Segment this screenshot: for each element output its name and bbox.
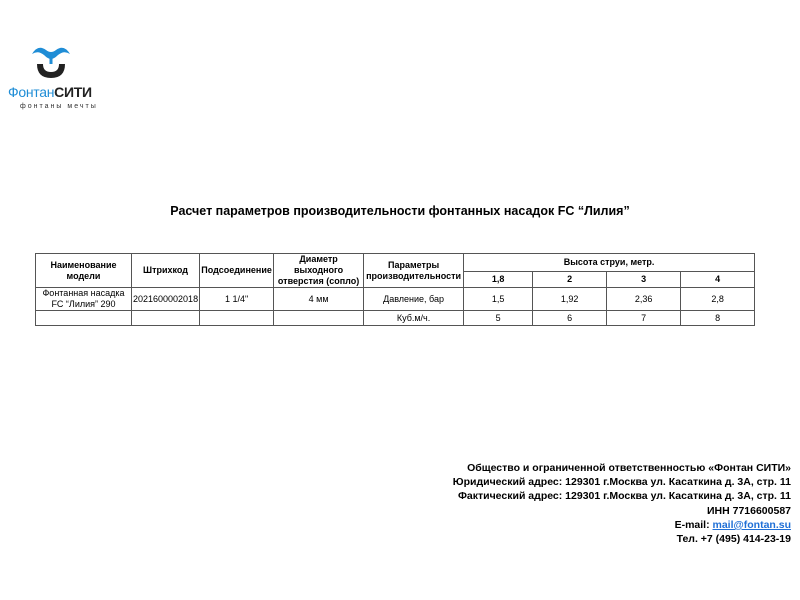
cell-parameter: Куб.м/ч. — [364, 311, 464, 326]
cell-nozzle-diameter — [274, 311, 364, 326]
cell-value: 7 — [607, 311, 681, 326]
cell-value: 8 — [681, 311, 755, 326]
cell-barcode: 2021600002018 — [132, 288, 200, 311]
logo-tagline: фонтаны мечты — [20, 103, 98, 110]
email-line: E-mail: mail@fontan.su — [453, 518, 791, 532]
table-row: Куб.м/ч. 5 6 7 8 — [36, 311, 755, 326]
company-logo: ФонтанСИТИ фонтаны мечты — [0, 30, 125, 120]
cell-value: 6 — [533, 311, 607, 326]
inn: ИНН 7716600587 — [453, 504, 791, 518]
cell-value: 5 — [464, 311, 533, 326]
cell-value: 2,36 — [607, 288, 681, 311]
legal-address: Юридический адрес: 129301 г.Москва ул. К… — [453, 475, 791, 489]
header-model: Наименование модели — [36, 254, 132, 288]
cell-connection — [200, 311, 274, 326]
cell-model: Фонтанная насадка FC “Лилия” 290 — [36, 288, 132, 311]
logo-wordmark: ФонтанСИТИ — [8, 84, 92, 100]
header-nozzle-diameter: Диаметр выходного отверстия (сопло) — [274, 254, 364, 288]
email-label: E-mail: — [675, 519, 713, 531]
logo-brand-part2: СИТИ — [54, 84, 92, 100]
company-name: Общество и ограниченной ответственностью… — [453, 461, 791, 475]
fountain-logo-icon — [30, 44, 72, 82]
header-height: 3 — [607, 271, 681, 287]
header-height: 2 — [533, 271, 607, 287]
header-jet-height: Высота струи, метр. — [464, 254, 755, 272]
cell-barcode — [132, 311, 200, 326]
logo-brand-part1: Фонтан — [8, 84, 54, 100]
cell-value: 2,8 — [681, 288, 755, 311]
header-parameters: Параметры производительности — [364, 254, 464, 288]
cell-model — [36, 311, 132, 326]
header-height: 4 — [681, 271, 755, 287]
parameters-table: Наименование модели Штрихкод Подсоединен… — [35, 253, 755, 326]
actual-address: Фактический адрес: 129301 г.Москва ул. К… — [453, 489, 791, 503]
cell-parameter: Давление, бар — [364, 288, 464, 311]
document-title: Расчет параметров производительности фон… — [0, 204, 800, 218]
cell-connection: 1 1/4" — [200, 288, 274, 311]
cell-nozzle-diameter: 4 мм — [274, 288, 364, 311]
cell-value: 1,92 — [533, 288, 607, 311]
cell-value: 1,5 — [464, 288, 533, 311]
header-connection: Подсоединение — [200, 254, 274, 288]
table-row: Фонтанная насадка FC “Лилия” 290 2021600… — [36, 288, 755, 311]
header-height: 1,8 — [464, 271, 533, 287]
phone: Тел. +7 (495) 414-23-19 — [453, 532, 791, 546]
header-barcode: Штрихкод — [132, 254, 200, 288]
company-footer: Общество и ограниченной ответственностью… — [453, 461, 791, 546]
email-link[interactable]: mail@fontan.su — [713, 519, 792, 531]
